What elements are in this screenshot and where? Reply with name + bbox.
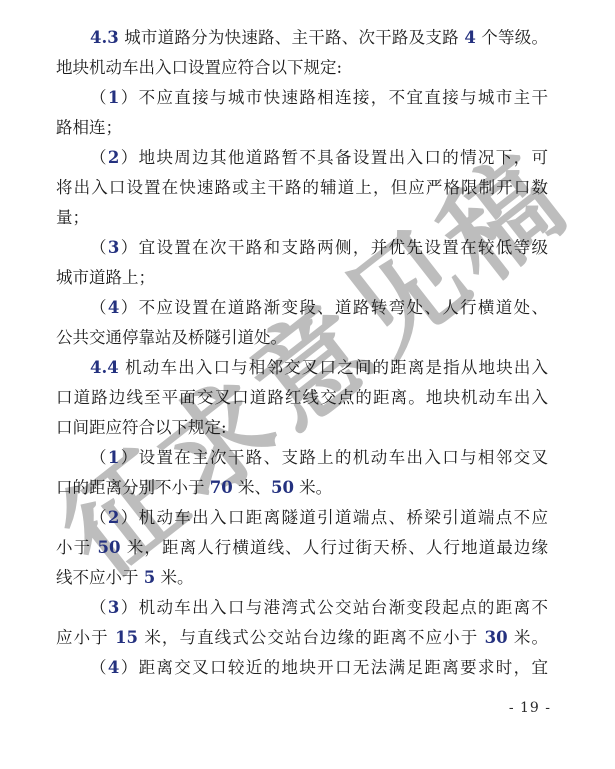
text-run: （ xyxy=(90,148,108,167)
text-run: ）机动车出入口距离隧道引道端点、桥梁引道端点不应 xyxy=(119,508,548,527)
text-run: （ xyxy=(90,238,108,257)
text-line: 小于 50 米，距离人行横道线、人行过街天桥、人行地道最边缘 xyxy=(56,533,548,563)
text-run: 米，与直线式公交站台边缘的距离不应小于 xyxy=(138,628,485,647)
text-line: 路相连； xyxy=(56,113,548,143)
page-number: - 19 - xyxy=(509,700,551,716)
document-body: 4.3 城市道路分为快速路、主干路、次干路及支路 4 个等级。地块机动车出入口设… xyxy=(56,23,548,683)
emphasis-number: 4 xyxy=(108,658,119,677)
text-run: 个等级。 xyxy=(476,28,548,47)
text-run: （ xyxy=(90,598,108,617)
emphasis-number: 4.4 xyxy=(90,358,119,377)
text-run: 线不应小于 xyxy=(56,568,144,587)
text-run: 城市道路上； xyxy=(56,268,155,287)
text-run: 米。 xyxy=(508,628,548,647)
text-run: 米。 xyxy=(155,568,193,587)
text-line: 量； xyxy=(56,203,548,233)
text-line: 口的距离分别不小于 70 米、50 米。 xyxy=(56,473,548,503)
emphasis-number: 3 xyxy=(108,598,119,617)
emphasis-number: 4 xyxy=(464,28,475,47)
text-run: ）宜设置在次干路和支路两侧，并优先设置在较低等级 xyxy=(119,238,548,257)
text-line: 4.4 机动车出入口与相邻交叉口之间的距离是指从地块出入 xyxy=(56,353,548,383)
text-run: 将出入口设置在快速路或主干路的辅道上，但应严格限制开口数 xyxy=(56,178,548,197)
text-line: 城市道路上； xyxy=(56,263,548,293)
text-line: （1）不应直接与城市快速路相连接，不宜直接与城市主干 xyxy=(56,83,548,113)
text-line: （3）机动车出入口与港湾式公交站台渐变段起点的距离不 xyxy=(56,593,548,623)
text-run: 口的距离分别不小于 xyxy=(56,478,210,497)
text-run: 路相连； xyxy=(56,118,122,137)
text-run: （ xyxy=(90,508,108,527)
text-run: ）不应设置在道路渐变段、道路转弯处、人行横道处、 xyxy=(119,298,548,317)
emphasis-number: 70 xyxy=(210,478,233,497)
text-run: （ xyxy=(90,448,108,467)
emphasis-number: 15 xyxy=(115,628,138,647)
text-run: ）地块周边其他道路暂不具备设置出入口的情况下，可 xyxy=(119,148,548,167)
emphasis-number: 1 xyxy=(108,88,119,107)
text-run: 米，距离人行横道线、人行过街天桥、人行地道最边缘 xyxy=(121,538,549,557)
emphasis-number: 30 xyxy=(485,628,508,647)
text-run: （ xyxy=(90,658,108,677)
text-run: （ xyxy=(90,88,108,107)
text-line: （4）距离交叉口较近的地块开口无法满足距离要求时，宜 xyxy=(56,653,548,683)
text-run: 口道路边线至平面交叉口道路红线交点的距离。地块机动车出入 xyxy=(56,388,548,407)
text-run: 城市道路分为快速路、主干路、次干路及支路 xyxy=(119,28,465,47)
text-run: 应小于 xyxy=(56,628,115,647)
text-line: （1）设置在主次干路、支路上的机动车出入口与相邻交叉 xyxy=(56,443,548,473)
text-line: 公共交通停靠站及桥隧引道处。 xyxy=(56,323,548,353)
text-run: ）不应直接与城市快速路相连接，不宜直接与城市主干 xyxy=(119,88,548,107)
text-line: 4.3 城市道路分为快速路、主干路、次干路及支路 4 个等级。 xyxy=(56,23,548,53)
text-run: ）机动车出入口与港湾式公交站台渐变段起点的距离不 xyxy=(119,598,548,617)
text-run: 地块机动车出入口设置应符合以下规定: xyxy=(56,58,342,77)
text-line: 口间距应符合以下规定: xyxy=(56,413,548,443)
text-run: 机动车出入口与相邻交叉口之间的距离是指从地块出入 xyxy=(119,358,548,377)
text-line: 线不应小于 5 米。 xyxy=(56,563,548,593)
emphasis-number: 3 xyxy=(108,238,119,257)
text-run: 米。 xyxy=(294,478,332,497)
text-run: 公共交通停靠站及桥隧引道处。 xyxy=(56,328,287,347)
text-run: 小于 xyxy=(56,538,98,557)
text-run: 量； xyxy=(56,208,89,227)
text-run: ）距离交叉口较近的地块开口无法满足距离要求时，宜 xyxy=(119,658,548,677)
emphasis-number: 4.3 xyxy=(90,28,119,47)
emphasis-number: 2 xyxy=(108,508,119,527)
text-line: （3）宜设置在次干路和支路两侧，并优先设置在较低等级 xyxy=(56,233,548,263)
emphasis-number: 50 xyxy=(98,538,121,557)
text-run: ）设置在主次干路、支路上的机动车出入口与相邻交叉 xyxy=(119,448,548,467)
emphasis-number: 5 xyxy=(144,568,155,587)
text-line: （2）机动车出入口距离隧道引道端点、桥梁引道端点不应 xyxy=(56,503,548,533)
text-line: （4）不应设置在道路渐变段、道路转弯处、人行横道处、 xyxy=(56,293,548,323)
emphasis-number: 1 xyxy=(108,448,119,467)
emphasis-number: 4 xyxy=(108,298,119,317)
emphasis-number: 50 xyxy=(271,478,294,497)
text-line: 口道路边线至平面交叉口道路红线交点的距离。地块机动车出入 xyxy=(56,383,548,413)
text-line: 地块机动车出入口设置应符合以下规定: xyxy=(56,53,548,83)
emphasis-number: 2 xyxy=(108,148,119,167)
text-line: 应小于 15 米，与直线式公交站台边缘的距离不应小于 30 米。 xyxy=(56,623,548,653)
text-run: （ xyxy=(90,298,108,317)
text-line: （2）地块周边其他道路暂不具备设置出入口的情况下，可 xyxy=(56,143,548,173)
text-line: 将出入口设置在快速路或主干路的辅道上，但应严格限制开口数 xyxy=(56,173,548,203)
text-run: 口间距应符合以下规定: xyxy=(56,418,227,437)
text-run: 米、 xyxy=(233,478,271,497)
